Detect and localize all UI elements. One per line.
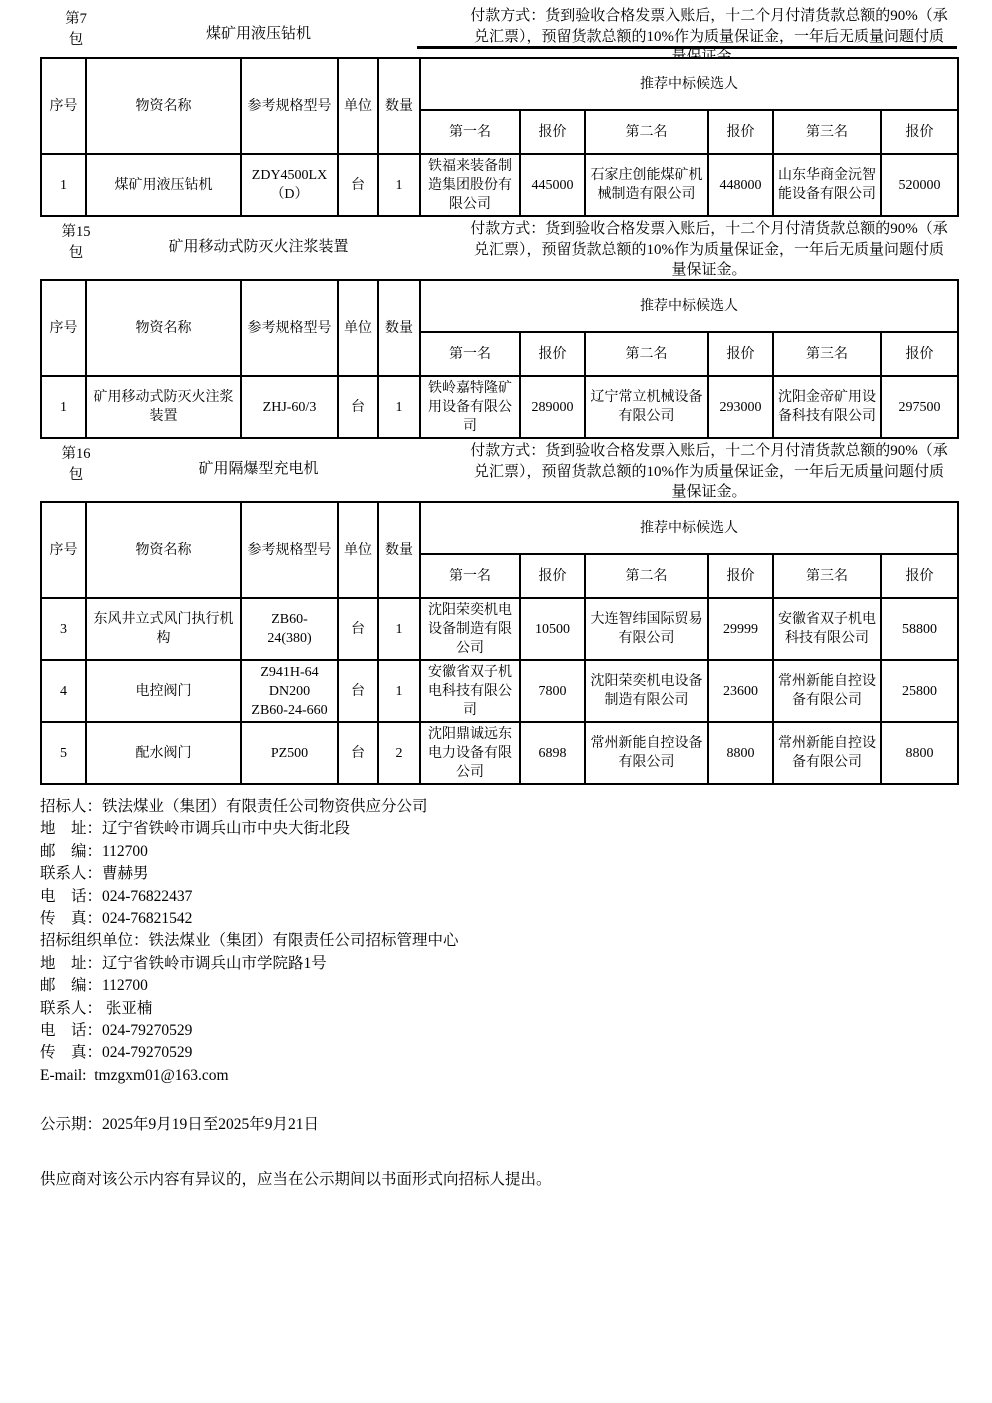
cell-second-name: 常州新能自控设备有限公司 — [585, 722, 708, 784]
cell-unit: 台 — [338, 154, 378, 216]
document-content: 第7 包 煤矿用液压钻机 付款方式：货到验收合格发票入账后，十二个月付清货款总额… — [40, 0, 957, 1189]
cell-third-bid: 297500 — [881, 376, 958, 438]
organizer-postcode-line: 邮 编：112700 — [40, 975, 957, 997]
col-bid: 报价 — [520, 332, 585, 376]
cell-first-bid: 289000 — [520, 376, 585, 438]
cell-spec: PZ500 — [241, 722, 338, 784]
tenderer-contact-line: 联系人：曹赫男 — [40, 863, 957, 885]
cell-unit: 台 — [338, 722, 378, 784]
document-page: 第7 包 煤矿用液压钻机 付款方式：货到验收合格发票入账后，十二个月付清货款总额… — [0, 0, 992, 1403]
bid-table-package16: 序号 物资名称 参考规格型号 单位 数量 推荐中标候选人 第一名 报价 第二名 … — [40, 501, 959, 785]
col-bid: 报价 — [881, 110, 958, 154]
cell-first-name: 沈阳荣奕机电设备制造有限公司 — [420, 598, 520, 660]
cell-third-bid: 8800 — [881, 722, 958, 784]
cell-seq: 4 — [41, 660, 86, 722]
table-row: 1 矿用移动式防灭火注浆装置 ZHJ-60/3 台 1 铁岭嘉特隆矿用设备有限公… — [41, 376, 958, 438]
cell-name: 煤矿用液压钻机 — [86, 154, 241, 216]
payment-terms: 付款方式：货到验收合格发票入账后，十二个月付清货款总额的90%（承 兑汇票），预… — [425, 441, 992, 503]
cell-second-bid: 29999 — [708, 598, 773, 660]
col-third: 第三名 — [773, 554, 881, 598]
col-first: 第一名 — [420, 332, 520, 376]
col-bid: 报价 — [708, 110, 773, 154]
package-label: 第16 包 — [52, 444, 100, 486]
cell-second-bid: 448000 — [708, 154, 773, 216]
cell-qty: 1 — [378, 660, 420, 722]
payment-terms: 付款方式：货到验收合格发票入账后，十二个月付清货款总额的90%（承 兑汇票），预… — [425, 219, 992, 281]
tenderer-line: 招标人：铁法煤业（集团）有限责任公司物资供应分公司 — [40, 796, 957, 818]
col-unit: 单位 — [338, 58, 378, 154]
cell-third-name: 安徽省双子机电科技有限公司 — [773, 598, 881, 660]
cell-third-bid: 520000 — [881, 154, 958, 216]
organizer-address-line: 地 址：辽宁省铁岭市调兵山市学院路1号 — [40, 953, 957, 975]
objection-note: 供应商对该公示内容有异议的，应当在公示期间以书面形式向招标人提出。 — [40, 1167, 957, 1189]
cell-name: 东风井立式风门执行机构 — [86, 598, 241, 660]
col-unit: 单位 — [338, 502, 378, 598]
cell-qty: 1 — [378, 598, 420, 660]
cell-second-bid: 8800 — [708, 722, 773, 784]
col-candidates: 推荐中标候选人 — [420, 280, 958, 332]
col-name: 物资名称 — [86, 502, 241, 598]
cell-third-name: 常州新能自控设备有限公司 — [773, 722, 881, 784]
tenderer-address-line: 地 址：辽宁省铁岭市调兵山市中央大街北段 — [40, 818, 957, 840]
contact-info-block: 招标人：铁法煤业（集团）有限责任公司物资供应分公司 地 址：辽宁省铁岭市调兵山市… — [40, 796, 957, 1087]
cell-spec: ZDY4500LX （D） — [241, 154, 338, 216]
col-seq: 序号 — [41, 502, 86, 598]
cell-unit: 台 — [338, 598, 378, 660]
cell-qty: 1 — [378, 154, 420, 216]
organizer-email-line: E-mail: tmzgxm01@163.com — [40, 1065, 957, 1087]
section-title: 矿用隔爆型充电机 — [100, 457, 417, 478]
cell-second-name: 大连智纬国际贸易有限公司 — [585, 598, 708, 660]
col-bid: 报价 — [881, 554, 958, 598]
cell-second-name: 辽宁常立机械设备有限公司 — [585, 376, 708, 438]
section-title: 煤矿用液压钻机 — [100, 22, 417, 43]
table-row: 1 煤矿用液压钻机 ZDY4500LX （D） 台 1 铁福来装备制造集团股份有… — [41, 154, 958, 216]
payment-terms: 付款方式：货到验收合格发票入账后，十二个月付清货款总额的90%（承 兑汇票），预… — [425, 6, 992, 57]
section-header-package15: 第15 包 矿用移动式防灭火注浆装置 付款方式：货到验收合格发票入账后，十二个月… — [40, 217, 957, 279]
cell-first-bid: 445000 — [520, 154, 585, 216]
organizer-phone-line: 电 话：024-79270529 — [40, 1020, 957, 1042]
cell-second-bid: 23600 — [708, 660, 773, 722]
col-qty: 数量 — [378, 502, 420, 598]
col-name: 物资名称 — [86, 280, 241, 376]
col-spec: 参考规格型号 — [241, 280, 338, 376]
cell-name: 电控阀门 — [86, 660, 241, 722]
package-label: 第15 包 — [52, 222, 100, 264]
organizer-line: 招标组织单位：铁法煤业（集团）有限责任公司招标管理中心 — [40, 930, 957, 952]
cell-first-name: 安徽省双子机电科技有限公司 — [420, 660, 520, 722]
cell-first-name: 铁福来装备制造集团股份有限公司 — [420, 154, 520, 216]
col-bid: 报价 — [708, 332, 773, 376]
col-second: 第二名 — [585, 332, 708, 376]
organizer-fax-line: 传 真：024-79270529 — [40, 1042, 957, 1064]
section-header-package16: 第16 包 矿用隔爆型充电机 付款方式：货到验收合格发票入账后，十二个月付清货款… — [40, 439, 957, 501]
cell-unit: 台 — [338, 376, 378, 438]
cell-name: 矿用移动式防灭火注浆装置 — [86, 376, 241, 438]
cell-seq: 1 — [41, 376, 86, 438]
tenderer-phone-line: 电 话：024-76822437 — [40, 886, 957, 908]
cell-first-bid: 7800 — [520, 660, 585, 722]
cell-first-name: 沈阳鼎诚远东电力设备有限公司 — [420, 722, 520, 784]
col-seq: 序号 — [41, 58, 86, 154]
table-row: 5 配水阀门 PZ500 台 2 沈阳鼎诚远东电力设备有限公司 6898 常州新… — [41, 722, 958, 784]
col-candidates: 推荐中标候选人 — [420, 58, 958, 110]
table-row: 4 电控阀门 Z941H-64 DN200 ZB60-24-660 台 1 安徽… — [41, 660, 958, 722]
section-title: 矿用移动式防灭火注浆装置 — [100, 235, 417, 256]
cell-name: 配水阀门 — [86, 722, 241, 784]
col-first: 第一名 — [420, 110, 520, 154]
cell-third-name: 沈阳金帝矿用设备科技有限公司 — [773, 376, 881, 438]
table-row: 3 东风井立式风门执行机构 ZB60- 24(380) 台 1 沈阳荣奕机电设备… — [41, 598, 958, 660]
col-candidates: 推荐中标候选人 — [420, 502, 958, 554]
cell-third-name: 山东华商金沅智能设备有限公司 — [773, 154, 881, 216]
cell-second-bid: 293000 — [708, 376, 773, 438]
cell-first-bid: 6898 — [520, 722, 585, 784]
cell-spec: ZHJ-60/3 — [241, 376, 338, 438]
cell-qty: 1 — [378, 376, 420, 438]
package-label: 第7 包 — [52, 9, 100, 51]
col-qty: 数量 — [378, 58, 420, 154]
cell-third-bid: 58800 — [881, 598, 958, 660]
col-seq: 序号 — [41, 280, 86, 376]
col-qty: 数量 — [378, 280, 420, 376]
bid-table-package15: 序号 物资名称 参考规格型号 单位 数量 推荐中标候选人 第一名 报价 第二名 … — [40, 279, 959, 439]
cell-first-name: 铁岭嘉特隆矿用设备有限公司 — [420, 376, 520, 438]
cell-third-name: 常州新能自控设备有限公司 — [773, 660, 881, 722]
notice-period: 公示期：2025年9月19日至2025年9月21日 — [40, 1112, 957, 1134]
organizer-contact-line: 联系人： 张亚楠 — [40, 998, 957, 1020]
section-header-package7: 第7 包 煤矿用液压钻机 付款方式：货到验收合格发票入账后，十二个月付清货款总额… — [40, 0, 957, 57]
cell-seq: 5 — [41, 722, 86, 784]
tenderer-postcode-line: 邮 编：112700 — [40, 841, 957, 863]
cell-second-name: 沈阳荣奕机电设备制造有限公司 — [585, 660, 708, 722]
col-first: 第一名 — [420, 554, 520, 598]
cell-third-bid: 25800 — [881, 660, 958, 722]
col-bid: 报价 — [520, 110, 585, 154]
col-bid: 报价 — [520, 554, 585, 598]
cell-spec: Z941H-64 DN200 ZB60-24-660 — [241, 660, 338, 722]
cell-first-bid: 10500 — [520, 598, 585, 660]
col-bid: 报价 — [881, 332, 958, 376]
bid-table-package7: 序号 物资名称 参考规格型号 单位 数量 推荐中标候选人 第一名 报价 第二名 … — [40, 57, 959, 217]
cell-seq: 3 — [41, 598, 86, 660]
col-spec: 参考规格型号 — [241, 58, 338, 154]
col-third: 第三名 — [773, 332, 881, 376]
tenderer-fax-line: 传 真：024-76821542 — [40, 908, 957, 930]
cell-qty: 2 — [378, 722, 420, 784]
cell-seq: 1 — [41, 154, 86, 216]
col-unit: 单位 — [338, 280, 378, 376]
col-second: 第二名 — [585, 110, 708, 154]
col-name: 物资名称 — [86, 58, 241, 154]
col-bid: 报价 — [708, 554, 773, 598]
cell-spec: ZB60- 24(380) — [241, 598, 338, 660]
col-second: 第二名 — [585, 554, 708, 598]
cell-unit: 台 — [338, 660, 378, 722]
col-third: 第三名 — [773, 110, 881, 154]
col-spec: 参考规格型号 — [241, 502, 338, 598]
cell-second-name: 石家庄创能煤矿机械制造有限公司 — [585, 154, 708, 216]
